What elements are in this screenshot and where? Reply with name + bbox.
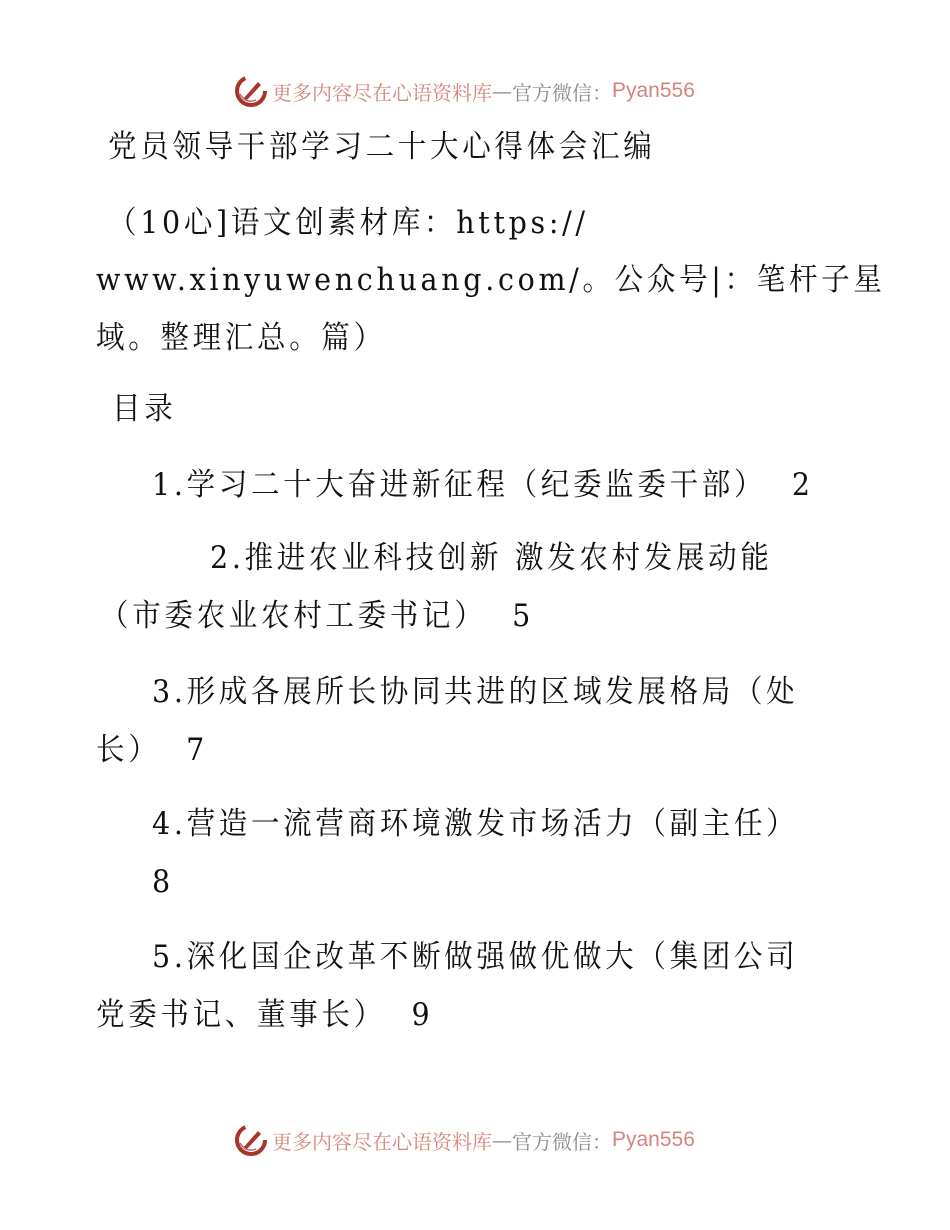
toc-item-3-cont[interactable]: 长）7 [96,730,208,770]
watermark-wechat-id: Pyan556 [612,79,695,103]
document-title: 党员领导干部学习二十大心得体会汇编 [108,127,655,167]
watermark-dash: — [492,1128,512,1152]
footer-watermark: 更多内容尽在心语资料库 — 官方微信： Pyan556 [234,1120,695,1160]
toc-item-4-page: 8 [152,862,174,902]
watermark-site-text: 更多内容尽在心语资料库 [272,1126,492,1155]
toc-page-number: 5 [512,596,534,636]
toc-item-5[interactable]: 5.深化国企改革不断做强做优做大（集团公司 [152,937,798,977]
watermark-label: 官方微信： [512,77,612,106]
header-watermark: 更多内容尽在心语资料库 — 官方微信： Pyan556 [234,71,695,111]
toc-item-2-cont[interactable]: （市委农业农村工委书记）5 [100,596,534,636]
watermark-dash: — [492,79,512,103]
watermark-wechat-id: Pyan556 [612,1128,695,1152]
toc-item-2[interactable]: 2.推进农业科技创新 激发农村发展动能 [210,538,773,578]
intro-line-2: www.xinyuwenchuang.com/。公众号|：笔杆子星 [96,260,886,300]
toc-item-4[interactable]: 4.营造一流营商环境激发市场活力（副主任） [152,804,798,844]
toc-item-5-cont[interactable]: 党委书记、董事长）9 [96,995,433,1035]
toc-item-1[interactable]: 1.学习二十大奋进新征程（纪委监委干部）2 [152,465,814,505]
watermark-site-text: 更多内容尽在心语资料库 [272,77,492,106]
quill-pen-logo-icon [234,1123,268,1157]
toc-item-title-cont: （市委农业农村工委书记） [100,598,486,634]
toc-heading: 目录 [112,389,176,429]
quill-pen-logo-icon [234,74,268,108]
toc-item-title-cont: 长） [96,732,160,768]
intro-line-3: 域。整理汇总。篇） [96,318,386,358]
toc-page-number: 9 [412,995,434,1035]
toc-item-title-cont: 党委书记、董事长） [96,997,386,1033]
toc-item-title: 1.学习二十大奋进新征程（纪委监委干部） [152,467,766,503]
toc-page-number: 7 [186,730,208,770]
toc-item-3[interactable]: 3.形成各展所长协同共进的区域发展格局（处 [152,672,798,712]
toc-page-number: 2 [792,465,814,505]
intro-line-1: （10心]语文创素材库：https:// [108,203,589,243]
watermark-label: 官方微信： [512,1126,612,1155]
